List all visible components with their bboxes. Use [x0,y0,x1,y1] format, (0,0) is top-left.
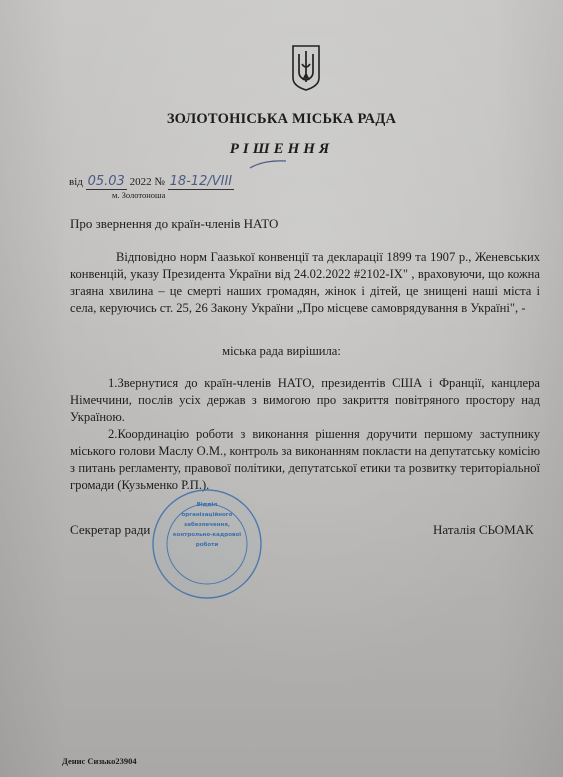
document-type-title: РІШЕННЯ [0,141,563,158]
document-subject: Про звернення до країн-членів НАТО [70,216,278,232]
stamp-line: контрольно-кадрової [170,530,244,540]
date-prefix: від [69,176,83,188]
date-year: 2022 [130,176,152,188]
handwritten-number: 18-12/VIII [168,174,235,190]
city-label: м. Золотоноша [112,190,165,200]
signer-name: Наталія СЬОМАК [433,522,534,538]
handwritten-date: 05.03 [86,174,127,190]
signature-role: Секретар ради [70,522,150,538]
resolution-item-1: 1.Звернутися до країн-членів НАТО, прези… [70,375,540,426]
stamp-line: забезпечення, [170,520,244,530]
resolution-item-2: 2.Координацію роботи з виконання рішення… [70,426,540,494]
stamp-center-text: Відділ організаційного забезпечення, кон… [170,500,244,550]
resolved-heading: міська рада вирішила: [0,344,563,359]
number-label: № [154,176,165,188]
preamble-paragraph: Відповідно норм Гаазької конвенції та де… [70,249,540,317]
stamp-line: Відділ [170,500,244,510]
trident-coat-of-arms-icon [291,44,321,92]
council-name: ЗОЛОТОНІСЬКА МІСЬКА РАДА [0,111,563,128]
stamp-line: організаційного [170,510,244,520]
handwritten-flourish-icon [248,158,288,170]
footer-author: Денис Сизько23904 [62,756,137,766]
dateline: від 05.03 2022 № 18-12/VIII [69,174,234,189]
stamp-line: роботи [170,540,244,550]
